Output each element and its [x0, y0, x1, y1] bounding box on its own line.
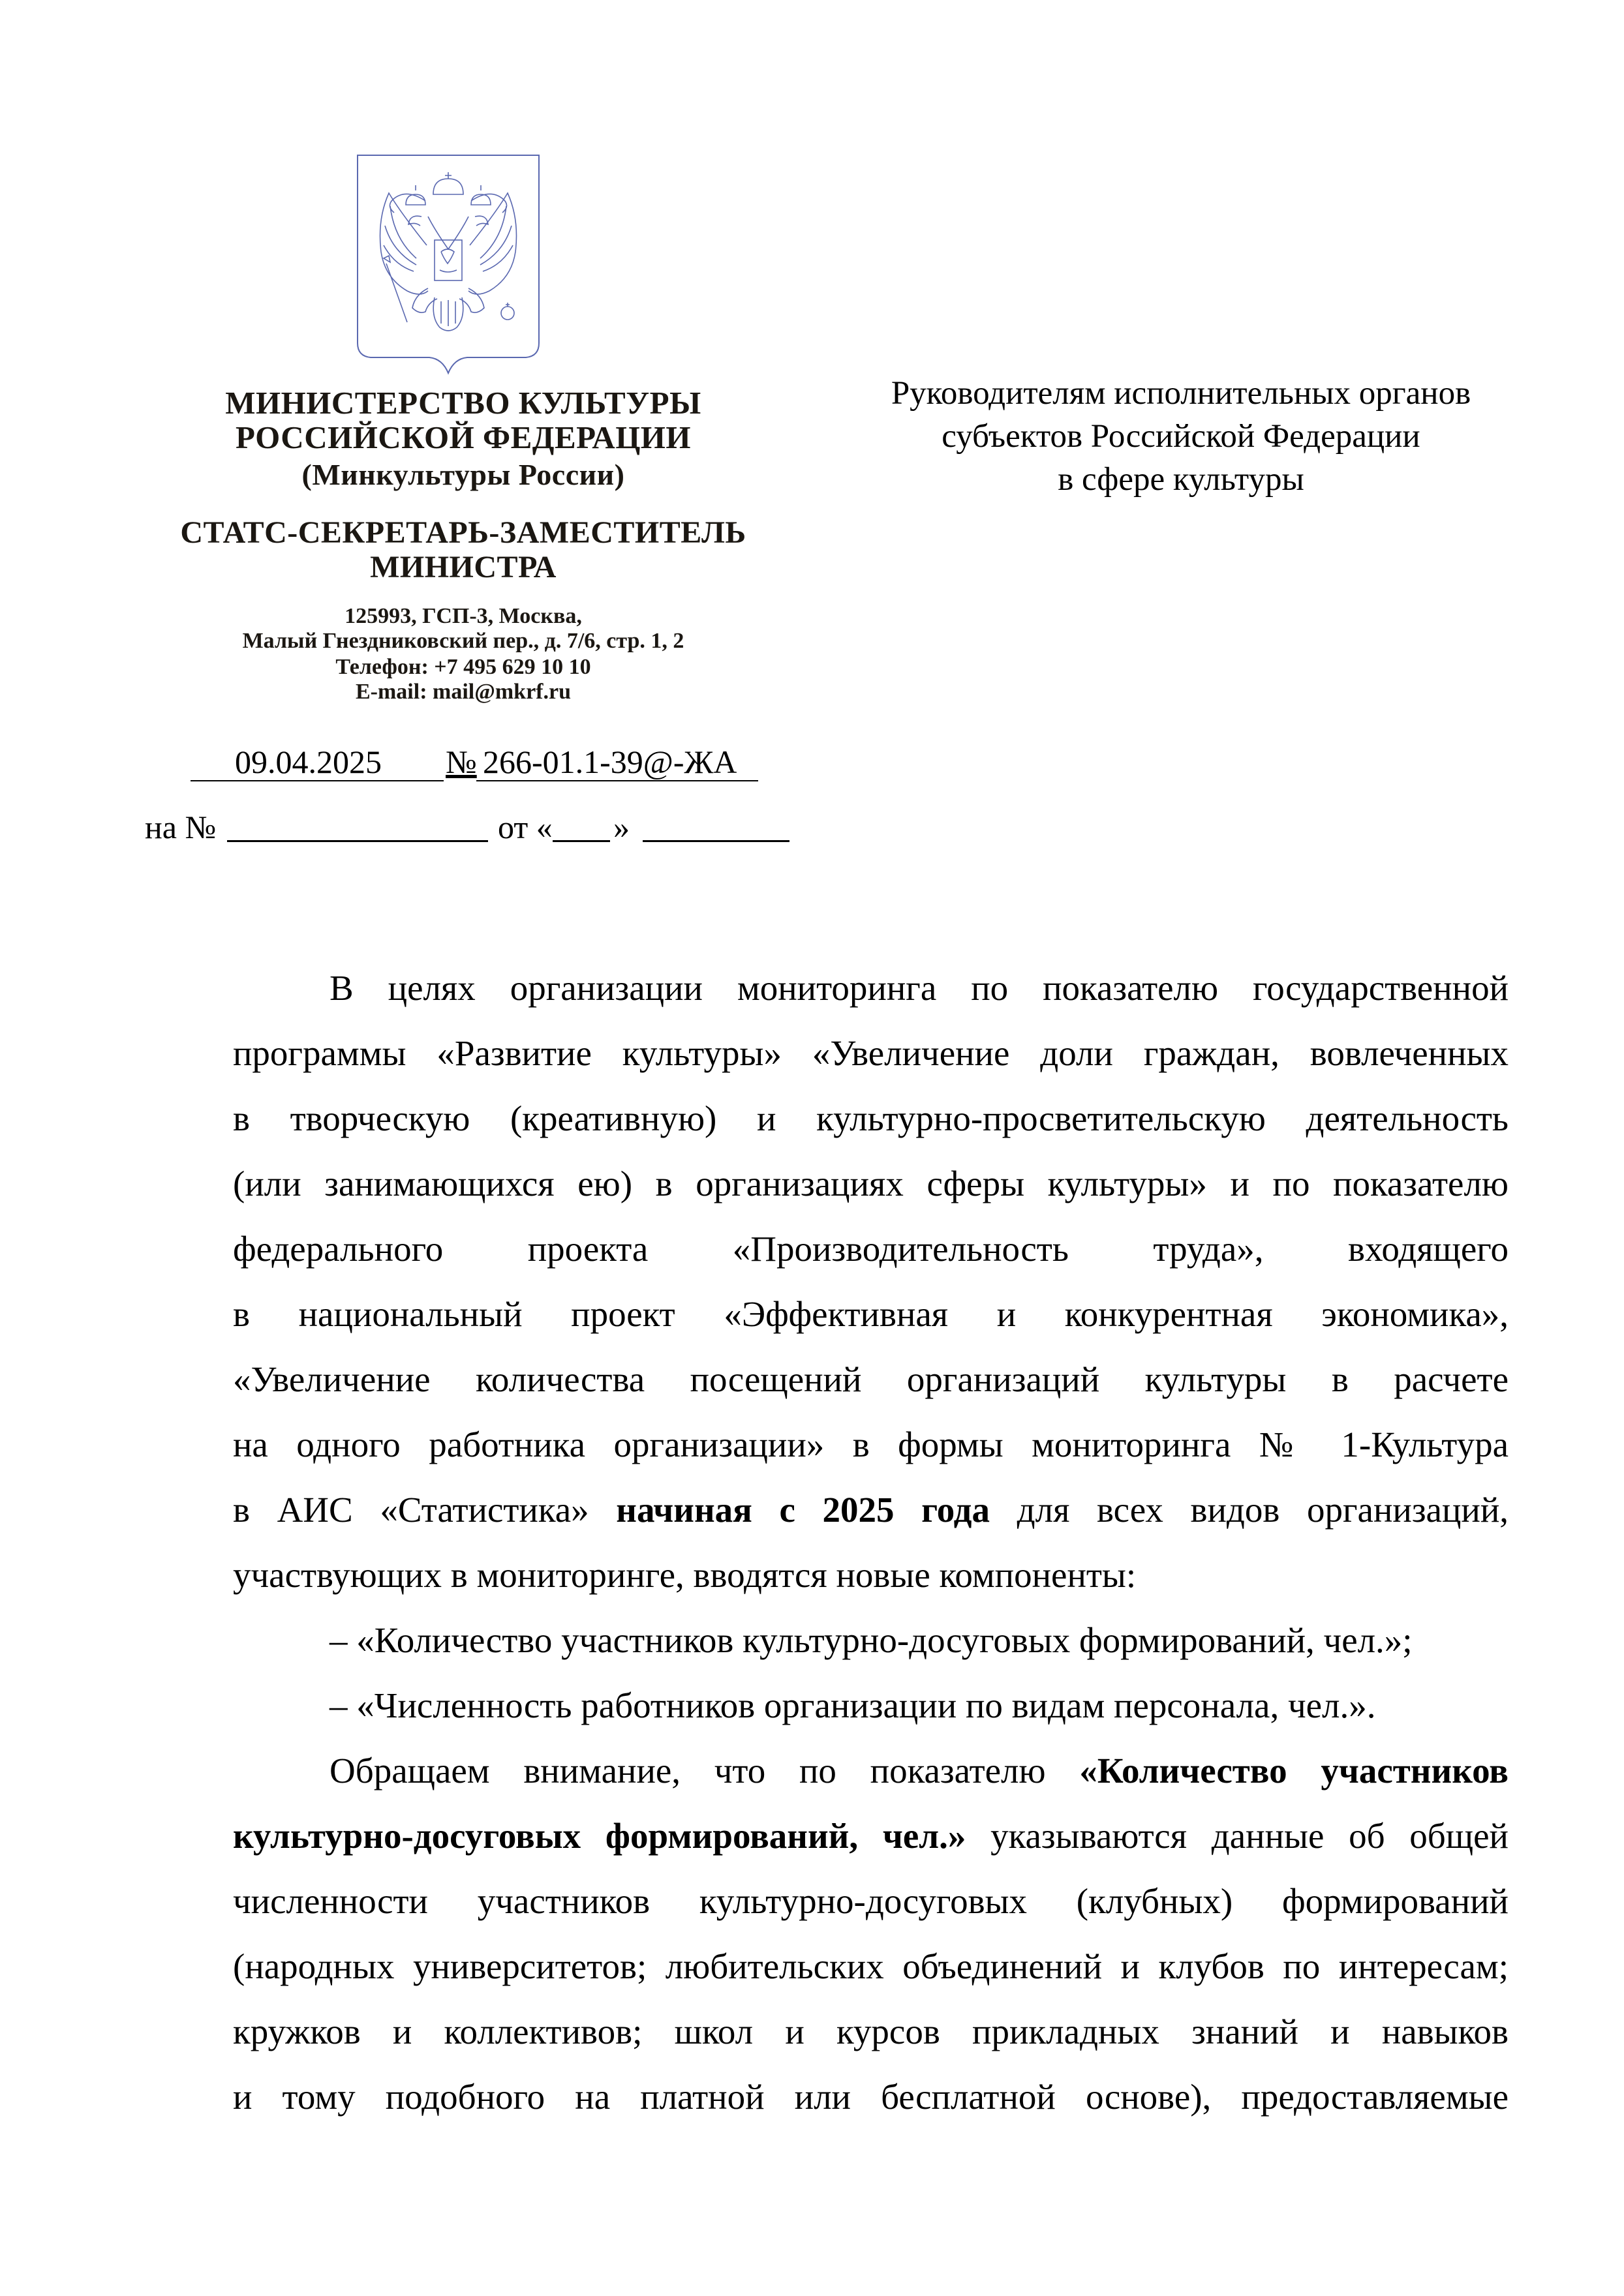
- body-line: в творческую (креативную) и культурно-пр…: [233, 1086, 1509, 1151]
- addressee-line2: субъектов Российской Федерации: [829, 415, 1533, 458]
- list-item: – «Количество участников культурно-досуг…: [233, 1608, 1509, 1673]
- body-line: «Увеличение количества посещений организ…: [233, 1347, 1509, 1412]
- body-line: кружков и коллективов; школ и курсов при…: [233, 1999, 1509, 2064]
- registration-date: 09.04.2025: [191, 742, 444, 781]
- address-line2: Малый Гнездниковский пер., д. 7/6, стр. …: [137, 628, 789, 654]
- number-sign: №: [446, 744, 477, 780]
- body-line: культурно-досуговых формирований, чел.» …: [233, 1804, 1509, 1869]
- address-line1: 125993, ГСП-3, Москва,: [137, 603, 789, 629]
- reference-close-quote: »: [613, 808, 630, 847]
- new-components-list: – «Количество участников культурно-досуг…: [233, 1608, 1509, 1738]
- phone-number: Телефон: +7 495 629 10 10: [137, 654, 789, 680]
- list-item: – «Численность работников организации по…: [233, 1673, 1509, 1738]
- body-line: численности участников культурно-досугов…: [233, 1869, 1509, 1934]
- email-address: E-mail: mail@mkrf.ru: [137, 679, 789, 705]
- reference-number-label: на №: [145, 808, 216, 847]
- body-text-segment: указываются данные об общей: [990, 1816, 1509, 1856]
- paragraph-attention: Обращаем внимание, что по показателю «Ко…: [233, 1738, 1509, 2130]
- body-line: В целях организации мониторинга по показ…: [233, 956, 1509, 1021]
- registration-line: 09.04.2025 № 266-01.1-39@-ЖА: [0, 742, 816, 788]
- letter-body: В целях организации мониторинга по показ…: [233, 956, 1509, 2130]
- reference-month-year-blank: [643, 808, 789, 842]
- body-line: участвующих в мониторинге, вводятся новы…: [233, 1543, 1509, 1608]
- sender-position-line2: МИНИСТРА: [137, 549, 789, 586]
- body-text-segment: Обращаем внимание, что по показателю: [329, 1751, 1046, 1790]
- reference-number-blank: [227, 808, 488, 842]
- body-line: программы «Развитие культуры» «Увеличени…: [233, 1021, 1509, 1086]
- body-line: и тому подобного на платной или бесплатн…: [233, 2064, 1509, 2130]
- reference-line: на № от « »: [0, 808, 816, 853]
- letter-page: МИНИСТЕРСТВО КУЛЬТУРЫ РОССИЙСКОЙ ФЕДЕРАЦ…: [0, 0, 1624, 2296]
- emphasis-indicator-name: культурно-досуговых формирований, чел.»: [233, 1816, 966, 1856]
- addressee-line1: Руководителям исполнительных органов: [829, 372, 1533, 415]
- reference-day-blank: [553, 808, 610, 842]
- addressee-line3: в сфере культуры: [829, 458, 1533, 501]
- sender-position-line1: СТАТС-СЕКРЕТАРЬ-ЗАМЕСТИТЕЛЬ: [137, 515, 789, 551]
- body-text-segment: в АИС «Статистика»: [233, 1490, 589, 1530]
- emphasis-indicator-name: «Количество участников: [1079, 1751, 1509, 1790]
- coat-of-arms-emblem-icon: [356, 154, 540, 376]
- body-line: (или занимающихся ею) в организациях сфе…: [233, 1151, 1509, 1216]
- emphasis-start-2025: начиная с 2025 года: [616, 1490, 990, 1530]
- reference-from-label: от «: [498, 808, 553, 847]
- body-line: в АИС «Статистика» начиная с 2025 года д…: [233, 1477, 1509, 1543]
- ministry-short-name: (Минкультуры России): [137, 457, 789, 493]
- ministry-name-line1: МИНИСТЕРСТВО КУЛЬТУРЫ: [137, 385, 789, 421]
- registration-number: 266-01.1-39@-ЖА: [476, 742, 758, 781]
- paragraph-monitoring-intro: В целях организации мониторинга по показ…: [233, 956, 1509, 1608]
- body-line: на одного работника организации» в формы…: [233, 1412, 1509, 1477]
- body-text-segment: для всех видов организаций,: [1017, 1490, 1509, 1530]
- body-line: (народных университетов; любительских об…: [233, 1934, 1509, 1999]
- addressee-block: Руководителям исполнительных органов суб…: [829, 372, 1533, 501]
- body-line: Обращаем внимание, что по показателю «Ко…: [233, 1738, 1509, 1804]
- registration-number-label: №: [446, 742, 477, 781]
- body-line: в национальный проект «Эффективная и кон…: [233, 1282, 1509, 1347]
- body-line: федерального проекта «Производительность…: [233, 1216, 1509, 1282]
- ministry-name-line2: РОССИЙСКОЙ ФЕДЕРАЦИИ: [137, 419, 789, 456]
